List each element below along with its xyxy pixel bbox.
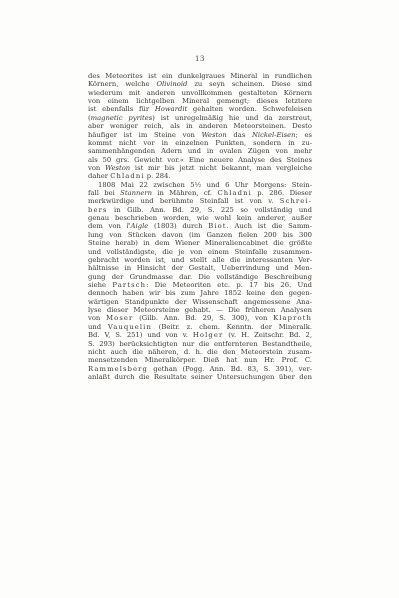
text-segment: Moser	[106, 314, 133, 322]
text-segment: das	[227, 131, 252, 139]
text-segment: des Meteorites ist ein dunkelgraues Mine…	[88, 72, 312, 80]
text-segment: von einem lichtgelben Mineral gemengt; d…	[88, 97, 312, 105]
text-segment: magnetic pyrites	[91, 114, 153, 122]
text-line: von Moser (Gilb. Ann. Bd. 29, S. 300), v…	[88, 314, 312, 322]
text-segment: Weston	[202, 131, 227, 139]
text-segment: lung von Stücken davon (im Ganzen fielen…	[88, 231, 312, 239]
text-segment: Nickel-Eisen	[252, 131, 296, 139]
text-line: mensetzenden Mineralkörper. Dieß hat nun…	[88, 356, 312, 364]
text-line: ist ebenfalls für Howardit gehalten word…	[88, 105, 312, 113]
text-segment: (1803) durch	[148, 222, 208, 230]
text-segment: Olivinoid	[156, 80, 187, 88]
text-segment: merkwürdige und berühmte Steinfall ist v…	[88, 197, 280, 205]
text-segment: von	[88, 164, 105, 172]
text-segment: ) ist unregelmäßig hie und da zerstreut,	[152, 114, 312, 122]
text-line: des Meteorites ist ein dunkelgraues Mine…	[88, 72, 312, 80]
text-segment: kommt nicht vor in einzelnen Punkten, so…	[88, 139, 312, 147]
text-segment: fall bei	[88, 189, 120, 197]
text-segment: gehalten worden. Schwefeleisen	[187, 105, 312, 113]
text-line: und Vauquelin (Beitr. z. chem. Kenntn. d…	[88, 323, 312, 331]
text-segment: siehe	[88, 281, 112, 289]
text-line: dem von l'Aigle (1803) durch Biot. Auch …	[88, 222, 312, 230]
text-segment: gethan (Pogg. Ann. Bd. 83, S. 391), ver-	[148, 365, 312, 373]
text-segment: genau beschrieben worden, wie wohl kein …	[88, 214, 312, 222]
text-segment: dem von	[88, 222, 127, 230]
text-segment: Rammelsberg	[88, 365, 148, 373]
text-segment: . Auch ist die Samm-	[227, 222, 312, 230]
text-segment: Holger	[193, 331, 223, 339]
text-line: aber weniger reich, als in anderen Meteo…	[88, 122, 312, 130]
text-line: S. 293) berücksichtigten nur die entfern…	[88, 340, 312, 348]
text-segment: ist ebenfalls für	[88, 105, 155, 113]
text-segment: in Mähren, cf.	[152, 189, 217, 197]
text-segment: in Gilb. Ann. Bd. 29, S. 225 so vollstän…	[108, 206, 312, 214]
text-segment: gung der Grundmasse dar. Die vollständig…	[88, 273, 312, 281]
text-segment: Chladni	[110, 172, 144, 180]
text-segment: Klaproth	[273, 314, 312, 322]
text-line: dennoch haben wir bis zum Jahre 1852 kei…	[88, 289, 312, 297]
text-segment: (v. H. Zeitschr. Bd. 2,	[223, 331, 312, 339]
text-line: gung der Grundmasse dar. Die vollständig…	[88, 273, 312, 281]
text-line: wiederum mit anderen unvollkommen gestal…	[88, 89, 312, 97]
text-segment: ist mir bis jetzt nicht bekannt, man ver…	[130, 164, 312, 172]
text-line: siehe Partsch: Die Meteoriten etc. p. 17…	[88, 281, 312, 289]
text-segment: : Die Meteoriten etc. p. 17 bis 26. Und	[146, 281, 312, 289]
text-line: Steine herab) in dem Wiener Mineralienca…	[88, 239, 312, 247]
text-line: Rammelsberg gethan (Pogg. Ann. Bd. 83, S…	[88, 365, 312, 373]
text-segment: Weston	[105, 164, 130, 172]
text-segment: gebracht worden ist, und stellt alle die…	[88, 256, 312, 264]
text-segment: bers	[88, 206, 108, 214]
text-segment: 1808 Mai 22 zwischen 5½ und 6 Uhr Morgen…	[98, 181, 312, 189]
text-segment: Steine herab) in dem Wiener Mineralienca…	[88, 239, 312, 247]
text-line: von einem lichtgelben Mineral gemengt; d…	[88, 97, 312, 105]
text-segment: und	[88, 323, 108, 331]
text-segment: l'Aigle	[127, 222, 149, 230]
text-line: wärtigen Standpunkte der Wissenschaft an…	[88, 298, 312, 306]
text-segment: Körnern, welche	[88, 80, 156, 88]
text-line: hältnisse in Hinsicht der Gestalt, Ueber…	[88, 264, 312, 272]
text-segment: S. 293) berücksichtigten nur die entfern…	[88, 340, 312, 348]
text-segment: Chladni	[217, 189, 251, 197]
page-text-block: des Meteorites ist ein dunkelgraues Mine…	[88, 72, 312, 381]
text-line: kommt nicht vor in einzelnen Punkten, so…	[88, 139, 312, 147]
text-line: 1808 Mai 22 zwischen 5½ und 6 Uhr Morgen…	[88, 181, 312, 189]
text-segment: als 50 grs. Gewicht vor.« Eine neuere An…	[88, 156, 312, 164]
text-segment: anlaßt durch die Resultate seiner Unters…	[88, 373, 312, 381]
book-page: 13 des Meteorites ist ein dunkelgraues M…	[0, 0, 399, 598]
text-line: lyse dieser Meteorsteine gehabt. — Die f…	[88, 306, 312, 314]
text-segment: zu seyn scheinen. Diese sind	[187, 80, 312, 88]
text-line: (magnetic pyrites) ist unregelmäßig hie …	[88, 114, 312, 122]
text-segment: (Beitr. z. chem. Kenntn. der Mineralk.	[152, 323, 312, 331]
text-line: genau beschrieben worden, wie wohl kein …	[88, 214, 312, 222]
text-segment: Vauquelin	[108, 323, 152, 331]
page-number: 13	[88, 55, 312, 63]
text-line: Körnern, welche Olivinoid zu seyn schein…	[88, 80, 312, 88]
text-segment: mensetzenden Mineralkörper. Dieß hat nun…	[88, 356, 312, 364]
text-line: lung von Stücken davon (im Ganzen fielen…	[88, 231, 312, 239]
text-segment: aber weniger reich, als in anderen Meteo…	[88, 122, 312, 130]
text-segment: wiederum mit anderen unvollkommen gestal…	[88, 89, 312, 97]
text-segment: nicht auch die näheren, d. h. die den Me…	[88, 348, 312, 356]
text-segment: Stannern	[120, 189, 152, 197]
text-segment: häufiger ist im Steine von	[88, 131, 202, 139]
text-line: bers in Gilb. Ann. Bd. 29, S. 225 so vol…	[88, 206, 312, 214]
text-segment: von	[88, 314, 106, 322]
text-segment: Biot	[208, 222, 226, 230]
text-line: Bd. V, S. 251) und von v. Holger (v. H. …	[88, 331, 312, 339]
text-segment: p. 286. Dieser	[252, 189, 312, 197]
text-segment: Partsch	[112, 281, 146, 289]
text-line: als 50 grs. Gewicht vor.« Eine neuere An…	[88, 156, 312, 164]
text-line: nicht auch die näheren, d. h. die den Me…	[88, 348, 312, 356]
text-line: häufiger ist im Steine von Weston das Ni…	[88, 131, 312, 139]
text-line: daher Chladni p. 284.	[88, 172, 312, 180]
text-line: sammenhängenden Adern und in ovalen Züge…	[88, 147, 312, 155]
text-segment: Bd. V, S. 251) und von v.	[88, 331, 193, 339]
text-line: anlaßt durch die Resultate seiner Unters…	[88, 373, 312, 381]
text-segment: hältnisse in Hinsicht der Gestalt, Ueber…	[88, 264, 312, 272]
text-segment: Howardit	[155, 105, 187, 113]
text-segment: und vollständigste, die je von einem Ste…	[88, 248, 312, 256]
text-line: gebracht worden ist, und stellt alle die…	[88, 256, 312, 264]
text-line: von Weston ist mir bis jetzt nicht bekan…	[88, 164, 312, 172]
text-segment: dennoch haben wir bis zum Jahre 1852 kei…	[88, 289, 312, 297]
text-line: und vollständigste, die je von einem Ste…	[88, 248, 312, 256]
text-line: fall bei Stannern in Mähren, cf. Chladni…	[88, 189, 312, 197]
text-segment: wärtigen Standpunkte der Wissenschaft an…	[88, 298, 312, 306]
text-segment: (Gilb. Ann. Bd. 29, S. 300), von	[133, 314, 273, 322]
text-segment: Schrei-	[280, 197, 312, 205]
text-segment: lyse dieser Meteorsteine gehabt. — Die f…	[88, 306, 312, 314]
text-segment: sammenhängenden Adern und in ovalen Züge…	[88, 147, 312, 155]
text-segment: p. 284.	[145, 172, 171, 180]
text-segment: daher	[88, 172, 110, 180]
text-segment: ; es	[296, 131, 312, 139]
text-line: merkwürdige und berühmte Steinfall ist v…	[88, 197, 312, 205]
